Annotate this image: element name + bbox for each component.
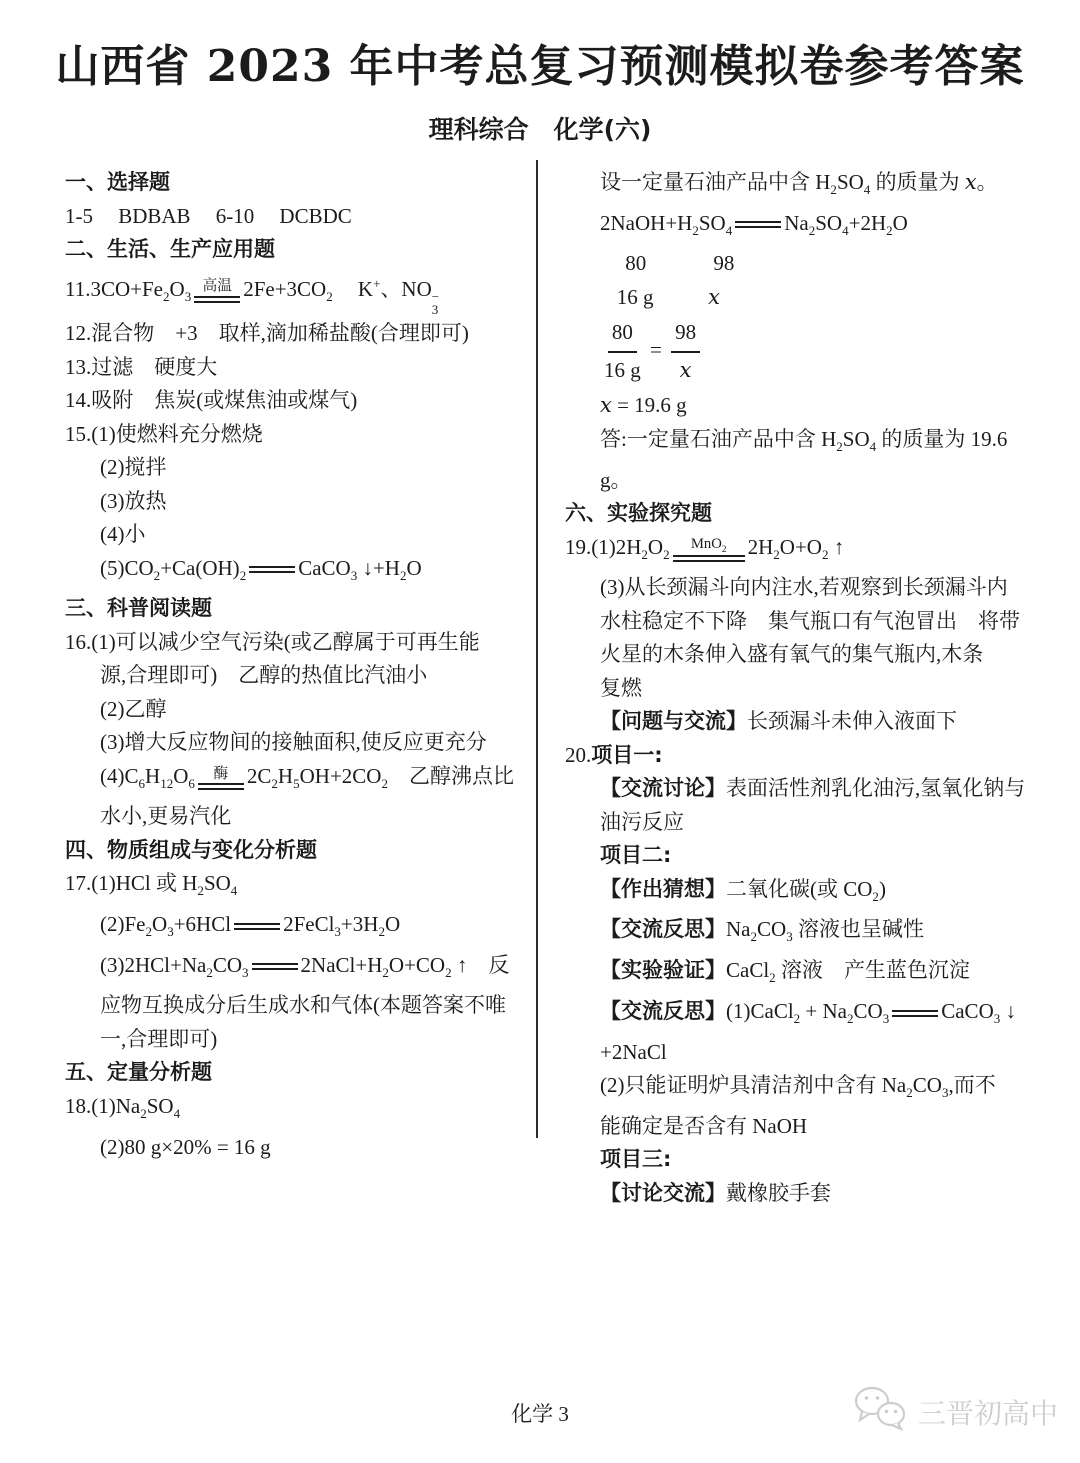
subscript: 2 xyxy=(271,776,278,791)
subscript: 2 xyxy=(206,965,213,980)
double-equals-bar xyxy=(194,296,240,303)
subscript: 4 xyxy=(726,223,733,238)
section-heading: 三、科普阅读题 xyxy=(65,592,530,626)
subscript: 2 xyxy=(381,776,388,791)
reaction-condition: MnO2 xyxy=(686,536,732,555)
answer-line: 16 gx xyxy=(565,281,1037,315)
ion-charge: −3 xyxy=(432,290,439,317)
subscript: 6 xyxy=(188,776,195,791)
bold-label: 项目三: xyxy=(600,1147,671,1171)
subscript: 2 xyxy=(886,223,893,238)
answer-line: 水柱稳定不下降集气瓶口有气泡冒出将带 xyxy=(565,605,1037,639)
numerator: 98 xyxy=(671,316,700,353)
bold-label: 【交流反思】 xyxy=(600,999,726,1023)
subscript: 2 xyxy=(906,1085,913,1100)
double-equals-bar xyxy=(673,555,745,562)
answer-line: 【实验验证】CaCl2 溶液产生蓝色沉淀 xyxy=(565,954,1037,995)
right-column: 设一定量石油产品中含 H2SO4 的质量为 x。2NaOH+H2SO4Na2SO… xyxy=(565,166,1037,1210)
watermark: 三晋初高中 xyxy=(852,1385,1058,1438)
answer-line: 源,合理即可)乙醇的热值比汽油小 xyxy=(65,659,530,693)
subscript: 3 xyxy=(786,930,793,945)
answer-line: 19.(1)2H2O2MnO22H2O+O2 ↑ xyxy=(565,531,1037,572)
wechat-icon xyxy=(852,1385,908,1438)
section-heading: 一、选择题 xyxy=(65,166,530,200)
double-equals: MnO2 xyxy=(673,536,745,562)
subscript: 5 xyxy=(293,776,300,791)
subscript: 2 xyxy=(722,544,727,554)
subscript: 2 xyxy=(830,182,837,197)
reaction-condition: 高温 xyxy=(198,278,237,296)
numerator: 80 xyxy=(608,316,637,353)
subscript: 2 xyxy=(197,884,204,899)
answer-line: 8016 g = 98x xyxy=(565,314,1037,389)
fraction: 8016 g xyxy=(604,316,641,387)
answer-line: 17.(1)HCl 或 H2SO4 xyxy=(65,867,530,908)
answer-line: 火星的木条伸入盛有氧气的集气瓶内,木条 xyxy=(565,638,1037,672)
subscript: 2 xyxy=(809,223,816,238)
reaction-condition: 酶 xyxy=(209,766,234,784)
bold-label: 项目二: xyxy=(600,843,671,867)
answer-line: (5)CO2+Ca(OH)2CaCO3 ↓+H2O xyxy=(65,552,530,593)
subscript: 3 xyxy=(351,568,358,583)
section-heading: 四、物质组成与变化分析题 xyxy=(65,834,530,868)
section-heading: 二、生活、生产应用题 xyxy=(65,233,530,267)
answer-line: 项目三: xyxy=(565,1143,1037,1177)
answer-line: x = 19.6 g xyxy=(565,389,1037,423)
subscript: 2 xyxy=(146,924,153,939)
subscript: 4 xyxy=(842,223,849,238)
answer-line: (3)增大反应物间的接触面积,使反应更充分 xyxy=(65,726,530,760)
answer-line: 复燃 xyxy=(565,672,1037,706)
variable: x xyxy=(965,170,977,194)
subscript: 3 xyxy=(185,289,192,304)
denominator: 16 g xyxy=(604,353,641,388)
subscript: 2 xyxy=(769,970,776,985)
answer-line: (2)80 g×20% = 16 g xyxy=(65,1131,530,1165)
subscript: 2 xyxy=(847,1011,854,1026)
subscript: 3 xyxy=(242,965,249,980)
subscript: 2 xyxy=(751,930,758,945)
double-equals-bar xyxy=(252,963,298,970)
subscript: 2 xyxy=(773,547,780,562)
answer-line: 答:一定量石油产品中含 H2SO4 的质量为 19.6 g。 xyxy=(565,423,1037,497)
subscript: 2 xyxy=(836,439,843,454)
subscript: 4 xyxy=(231,884,238,899)
double-equals xyxy=(892,1010,938,1017)
double-equals: 酶 xyxy=(198,766,244,791)
column-divider xyxy=(536,160,538,1138)
answer-line: 8098 xyxy=(565,247,1037,281)
subscript: 2 xyxy=(641,547,648,562)
superscript: + xyxy=(373,276,380,291)
subscript: 4 xyxy=(870,439,877,454)
answer-line: (3)从长颈漏斗向内注水,若观察到长颈漏斗内 xyxy=(565,571,1037,605)
answer-line: (4)C6H12O6酶2C2H5OH+2CO2乙醇沸点比 xyxy=(65,760,530,801)
answer-line: 13.过滤硬度大 xyxy=(65,351,530,385)
double-equals-bar xyxy=(735,221,781,228)
double-equals xyxy=(234,923,280,930)
double-equals: 高温 xyxy=(194,278,240,303)
subscript: 3 xyxy=(167,924,174,939)
variable: x xyxy=(680,358,692,382)
bold-label: 【交流讨论】 xyxy=(600,776,726,800)
page-subtitle: 理科综合 化学(六) xyxy=(0,110,1080,146)
left-column: 一、选择题1-5BDBAB6-10DCBDC二、生活、生产应用题11.3CO+F… xyxy=(65,166,530,1164)
answer-line: 应物互换成分后生成水和气体(本题答案不唯 xyxy=(65,989,530,1023)
double-equals xyxy=(735,221,781,228)
answer-line: 【作出猜想】二氧化碳(或 CO2) xyxy=(565,873,1037,914)
bold-label: 【交流反思】 xyxy=(600,917,726,941)
subscript: 3 xyxy=(942,1085,949,1100)
answer-line: 2NaOH+H2SO4Na2SO4+2H2O xyxy=(565,207,1037,248)
answer-line: 1-5BDBAB6-10DCBDC xyxy=(65,200,530,234)
answer-line: 15.(1)使燃料充分燃烧 xyxy=(65,418,530,452)
double-equals xyxy=(249,566,295,573)
subscript: 2 xyxy=(378,924,385,939)
subscript: 2 xyxy=(240,568,247,583)
bold-label: 项目一: xyxy=(591,743,662,767)
answer-line: 项目二: xyxy=(565,839,1037,873)
page: { "page": { "title": "山西省 2023 年中考总复习预测模… xyxy=(0,0,1080,1463)
answer-line: 【交流反思】(1)CaCl2 + Na2CO3CaCO3 ↓ xyxy=(565,995,1037,1036)
subscript: 6 xyxy=(139,776,146,791)
denominator: x xyxy=(680,353,692,388)
answer-line: 18.(1)Na2SO4 xyxy=(65,1090,530,1131)
answer-line: 设一定量石油产品中含 H2SO4 的质量为 x。 xyxy=(565,166,1037,207)
answer-line: (2)只能证明炉具清洁剂中含有 Na2CO3,而不 xyxy=(565,1069,1037,1110)
subscript: 2 xyxy=(163,289,170,304)
bold-label: 【讨论交流】 xyxy=(600,1181,726,1205)
subscript: 2 xyxy=(382,965,389,980)
answer-line: (2)搅拌 xyxy=(65,451,530,485)
subscript: 12 xyxy=(160,776,173,791)
answer-line: 水小,更易汽化 xyxy=(65,800,530,834)
variable: x xyxy=(708,285,720,309)
answer-line: 【交流讨论】表面活性剂乳化油污,氢氧化钠与 xyxy=(565,772,1037,806)
subscript: 2 xyxy=(154,568,161,583)
subscript: 3 xyxy=(883,1011,890,1026)
answer-line: 16.(1)可以减少空气污染(或乙醇属于可再生能 xyxy=(65,626,530,660)
answer-line: 12.混合物+3取样,滴加稀盐酸(合理即可) xyxy=(65,317,530,351)
subscript: 2 xyxy=(140,1106,147,1121)
section-heading: 五、定量分析题 xyxy=(65,1056,530,1090)
answer-line: 能确定是否含有 NaOH xyxy=(565,1110,1037,1144)
subscript: 2 xyxy=(445,965,452,980)
subscript: 2 xyxy=(326,289,333,304)
answer-line: 油污反应 xyxy=(565,806,1037,840)
subscript: 2 xyxy=(400,568,407,583)
subscript: 2 xyxy=(692,223,699,238)
subscript: 3 xyxy=(334,924,341,939)
subscript: 4 xyxy=(174,1106,181,1121)
answer-line: +2NaCl xyxy=(565,1036,1037,1070)
answer-line: 20.项目一: xyxy=(565,739,1037,773)
double-equals-bar xyxy=(198,783,244,790)
subscript: 4 xyxy=(864,182,871,197)
double-equals-bar xyxy=(234,923,280,930)
answer-line: (3)2HCl+Na2CO32NaCl+H2O+CO2 ↑反 xyxy=(65,949,530,990)
answer-line: (2)乙醇 xyxy=(65,693,530,727)
double-equals-bar xyxy=(892,1010,938,1017)
section-heading: 六、实验探究题 xyxy=(565,497,1037,531)
double-equals xyxy=(252,963,298,970)
bold-label: 【实验验证】 xyxy=(600,958,726,982)
double-equals-bar xyxy=(249,566,295,573)
subscript: 2 xyxy=(794,1011,801,1026)
answer-line: (4)小 xyxy=(65,518,530,552)
answer-line: 11.3CO+Fe2O3高温2Fe+3CO2K+、NO−3 xyxy=(65,267,530,318)
answer-line: 【讨论交流】戴橡胶手套 xyxy=(565,1177,1037,1211)
answer-line: 【交流反思】Na2CO3 溶液也呈碱性 xyxy=(565,913,1037,954)
answer-line: 14.吸附焦炭(或煤焦油或煤气) xyxy=(65,384,530,418)
answer-line: (2)Fe2O3+6HCl2FeCl3+3H2O xyxy=(65,908,530,949)
subscript: 2 xyxy=(822,547,829,562)
watermark-text: 三晋初高中 xyxy=(918,1392,1058,1432)
answer-line: 一,合理即可) xyxy=(65,1023,530,1057)
fraction: 98x xyxy=(671,316,700,387)
answer-line: 【问题与交流】长颈漏斗未伸入液面下 xyxy=(565,705,1037,739)
answer-line: (3)放热 xyxy=(65,485,530,519)
bold-label: 【作出猜想】 xyxy=(600,877,726,901)
subscript: 2 xyxy=(872,889,879,904)
page-title: 山西省 2023 年中考总复习预测模拟卷参考答案 xyxy=(0,30,1080,94)
variable: x xyxy=(600,393,612,417)
subscript: 3 xyxy=(994,1011,1001,1026)
bold-label: 【问题与交流】 xyxy=(600,709,747,733)
subscript: 2 xyxy=(663,547,670,562)
